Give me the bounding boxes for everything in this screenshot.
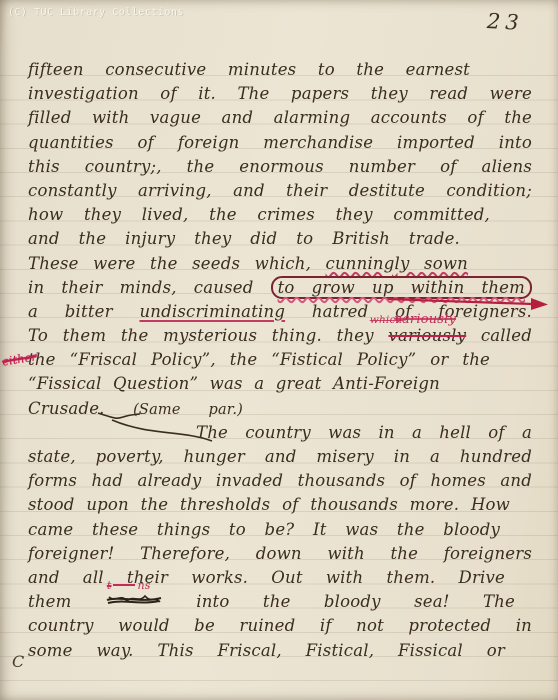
same-par-note: (Same par.) (133, 402, 243, 418)
text-line: filled with vague and alarming accounts … (28, 106, 532, 130)
red-underlined-phrase: cunningly sown (326, 254, 468, 273)
page-number: 23 (486, 9, 524, 35)
text-line: stood upon the thresholds of thousands m… (28, 493, 510, 517)
red-arrow-head (531, 298, 548, 310)
text-line: state, poverty, hunger and misery in a h… (28, 445, 532, 469)
text-line: in their minds, caused to grow up within… (28, 276, 532, 300)
text-line: how they lived, the crimes they committe… (28, 203, 490, 227)
text-segment: called (481, 326, 532, 345)
red-correction-marks: tns (107, 580, 151, 592)
red-dash (113, 584, 135, 586)
text-segment: To them the mysterious thing. (28, 326, 322, 345)
text-segment: in their minds, caused (28, 278, 253, 297)
watermark: (C) TUC Library Collections (8, 7, 184, 18)
handwritten-text: fifteen consecutive minutes to the earne… (28, 58, 532, 663)
text-line: The country was in a hell of a (28, 421, 532, 445)
text-line: Crusade. (Same par.) (28, 397, 243, 421)
red-underlined-word: undiscriminating (139, 302, 285, 321)
text-line: fifteen consecutive minutes to the earne… (28, 58, 470, 82)
scribbled-out-word: tns (105, 592, 163, 607)
manuscript-page: (C) TUC Library Collections 23 fifteen c… (0, 0, 558, 700)
text-line: some way. This Friscal, Fistical, Fissic… (28, 639, 505, 663)
text-line: foreigner! Therefore, down with the fore… (28, 542, 532, 566)
text-line: constantly arriving, and their destitute… (28, 179, 532, 203)
catchword: C (12, 652, 24, 671)
text-segment: they (337, 326, 374, 345)
text-line: a bitter undiscriminating hatred of fore… (28, 300, 532, 324)
text-line: forms had already invaded thousands of h… (28, 469, 532, 493)
text-segment: These were the seeds which, (28, 254, 311, 273)
scribble-strokes (105, 591, 163, 607)
struck-word: variouslyvariously (388, 326, 466, 345)
boxed-phrase: to grow up within them (271, 276, 532, 299)
red-note: ns (137, 579, 150, 592)
text-line: To them the mysterious thing. theywhich … (28, 324, 532, 348)
red-crossed-letter: t (107, 579, 112, 592)
text-line: the “Friscal Policy”, the “Fistical Poli… (28, 348, 490, 372)
text-line: quantities of foreign merchandise import… (28, 131, 532, 155)
text-line: came these things to be? It was the bloo… (28, 518, 500, 542)
text-line: this country;, the enormous number of al… (28, 155, 532, 179)
text-segment: into the bloody sea! The (196, 592, 515, 611)
text-line: investigation of it. The papers they rea… (28, 82, 532, 106)
text-segment: Crusade. (28, 399, 105, 418)
struck-word-text: variously (388, 326, 466, 345)
text-line: them tns into the bloody sea! The (28, 590, 515, 614)
text-line: country would be ruined if not protected… (28, 614, 532, 638)
text-segment: a bitter (28, 302, 113, 321)
text-line: “Fissical Question” was a great Anti-For… (28, 372, 440, 396)
text-segment: them (28, 592, 71, 611)
text-line: and the injury they did to British trade… (28, 227, 460, 251)
text-line: These were the seeds which, cunningly so… (28, 252, 468, 276)
text-line: and all their works. Out with them. Driv… (28, 566, 505, 590)
red-correction-variously: variously (394, 313, 456, 326)
